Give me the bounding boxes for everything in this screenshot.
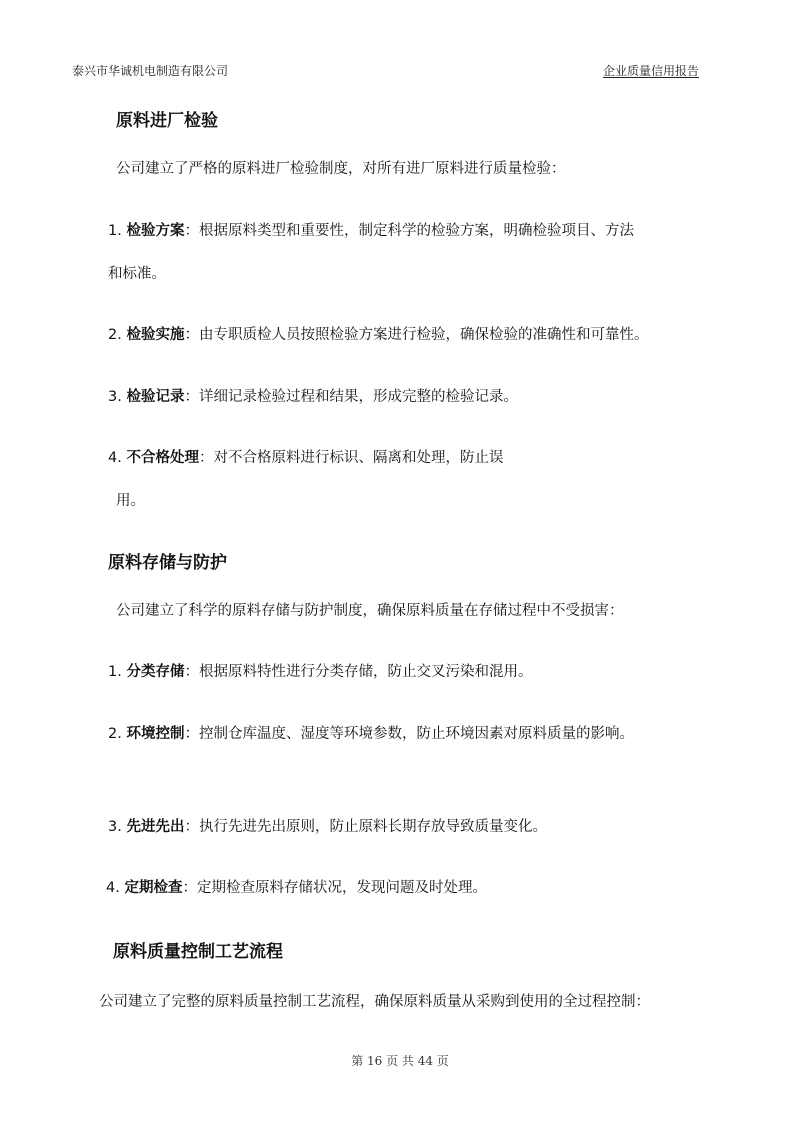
list-item: 3. 先进先出：执行先进先出原则，防止原料长期存放导致质量变化。 xyxy=(108,815,547,836)
item-number: 2. xyxy=(108,726,122,742)
header-company: 泰兴市华诚机电制造有限公司 xyxy=(72,62,228,79)
list-item: 2. 检验实施：由专职质检人员按照检验方案进行检验，确保检验的准确性和可靠性。 xyxy=(108,323,648,344)
item-text: ：详细记录检验过程和结果，形成完整的检验记录。 xyxy=(184,389,518,405)
item-term: 分类存储 xyxy=(126,664,184,680)
item-term: 定期检查 xyxy=(124,880,182,896)
section-title: 原料质量控制工艺流程 xyxy=(113,937,283,962)
item-text: ：对不合格原料进行标识、隔离和处理，防止误 xyxy=(199,450,504,466)
item-text: ：由专职质检人员按照检验方案进行检验，确保检验的准确性和可靠性。 xyxy=(184,327,648,343)
section-intro: 公司建立了严格的原料进厂检验制度，对所有进厂原料进行质量检验： xyxy=(116,157,566,178)
item-text: ：根据原料特性进行分类存储，防止交叉污染和混用。 xyxy=(184,664,532,680)
item-number: 1. xyxy=(108,664,122,680)
item-number: 3. xyxy=(108,819,122,835)
item-number: 2. xyxy=(108,327,122,343)
item-number: 4. xyxy=(108,450,122,466)
list-item: 4. 不合格处理：对不合格原料进行标识、隔离和处理，防止误 xyxy=(108,446,503,467)
item-term: 检验记录 xyxy=(126,389,184,405)
header-report-title: 企业质量信用报告 xyxy=(603,62,699,79)
section-title: 原料进厂检验 xyxy=(116,106,218,131)
item-text: ：执行先进先出原则，防止原料长期存放导致质量变化。 xyxy=(184,819,547,835)
list-item-continuation: 用。 xyxy=(116,489,145,510)
list-item: 3. 检验记录：详细记录检验过程和结果，形成完整的检验记录。 xyxy=(108,385,518,406)
list-item-continuation: 和标准。 xyxy=(108,262,166,283)
page-number: 第 16 页 共 44 页 xyxy=(0,1052,800,1069)
item-number: 4. xyxy=(106,880,120,896)
item-text: ：控制仓库温度、湿度等环境参数，防止环境因素对原料质量的影响。 xyxy=(184,726,634,742)
item-number: 3. xyxy=(108,389,122,405)
item-term: 不合格处理 xyxy=(126,450,199,466)
item-term: 先进先出 xyxy=(126,819,184,835)
list-item: 4. 定期检查：定期检查原料存储状况，发现问题及时处理。 xyxy=(106,876,487,897)
item-term: 环境控制 xyxy=(126,726,184,742)
section-intro: 公司建立了科学的原料存储与防护制度，确保原料质量在存储过程中不受损害： xyxy=(116,599,624,620)
item-term: 检验方案 xyxy=(126,223,184,239)
item-text: ：根据原料类型和重要性，制定科学的检验方案，明确检验项目、方法 xyxy=(184,223,634,239)
item-number: 1. xyxy=(108,223,122,239)
item-term: 检验实施 xyxy=(126,327,184,343)
section-title: 原料存储与防护 xyxy=(108,548,227,573)
list-item: 1. 检验方案：根据原料类型和重要性，制定科学的检验方案，明确检验项目、方法 xyxy=(108,219,634,240)
list-item: 1. 分类存储：根据原料特性进行分类存储，防止交叉污染和混用。 xyxy=(108,660,532,681)
section-intro: 公司建立了完整的原料质量控制工艺流程，确保原料质量从采购到使用的全过程控制： xyxy=(99,990,650,1011)
list-item: 2. 环境控制：控制仓库温度、湿度等环境参数，防止环境因素对原料质量的影响。 xyxy=(108,722,634,743)
item-text: ：定期检查原料存储状况，发现问题及时处理。 xyxy=(182,880,487,896)
